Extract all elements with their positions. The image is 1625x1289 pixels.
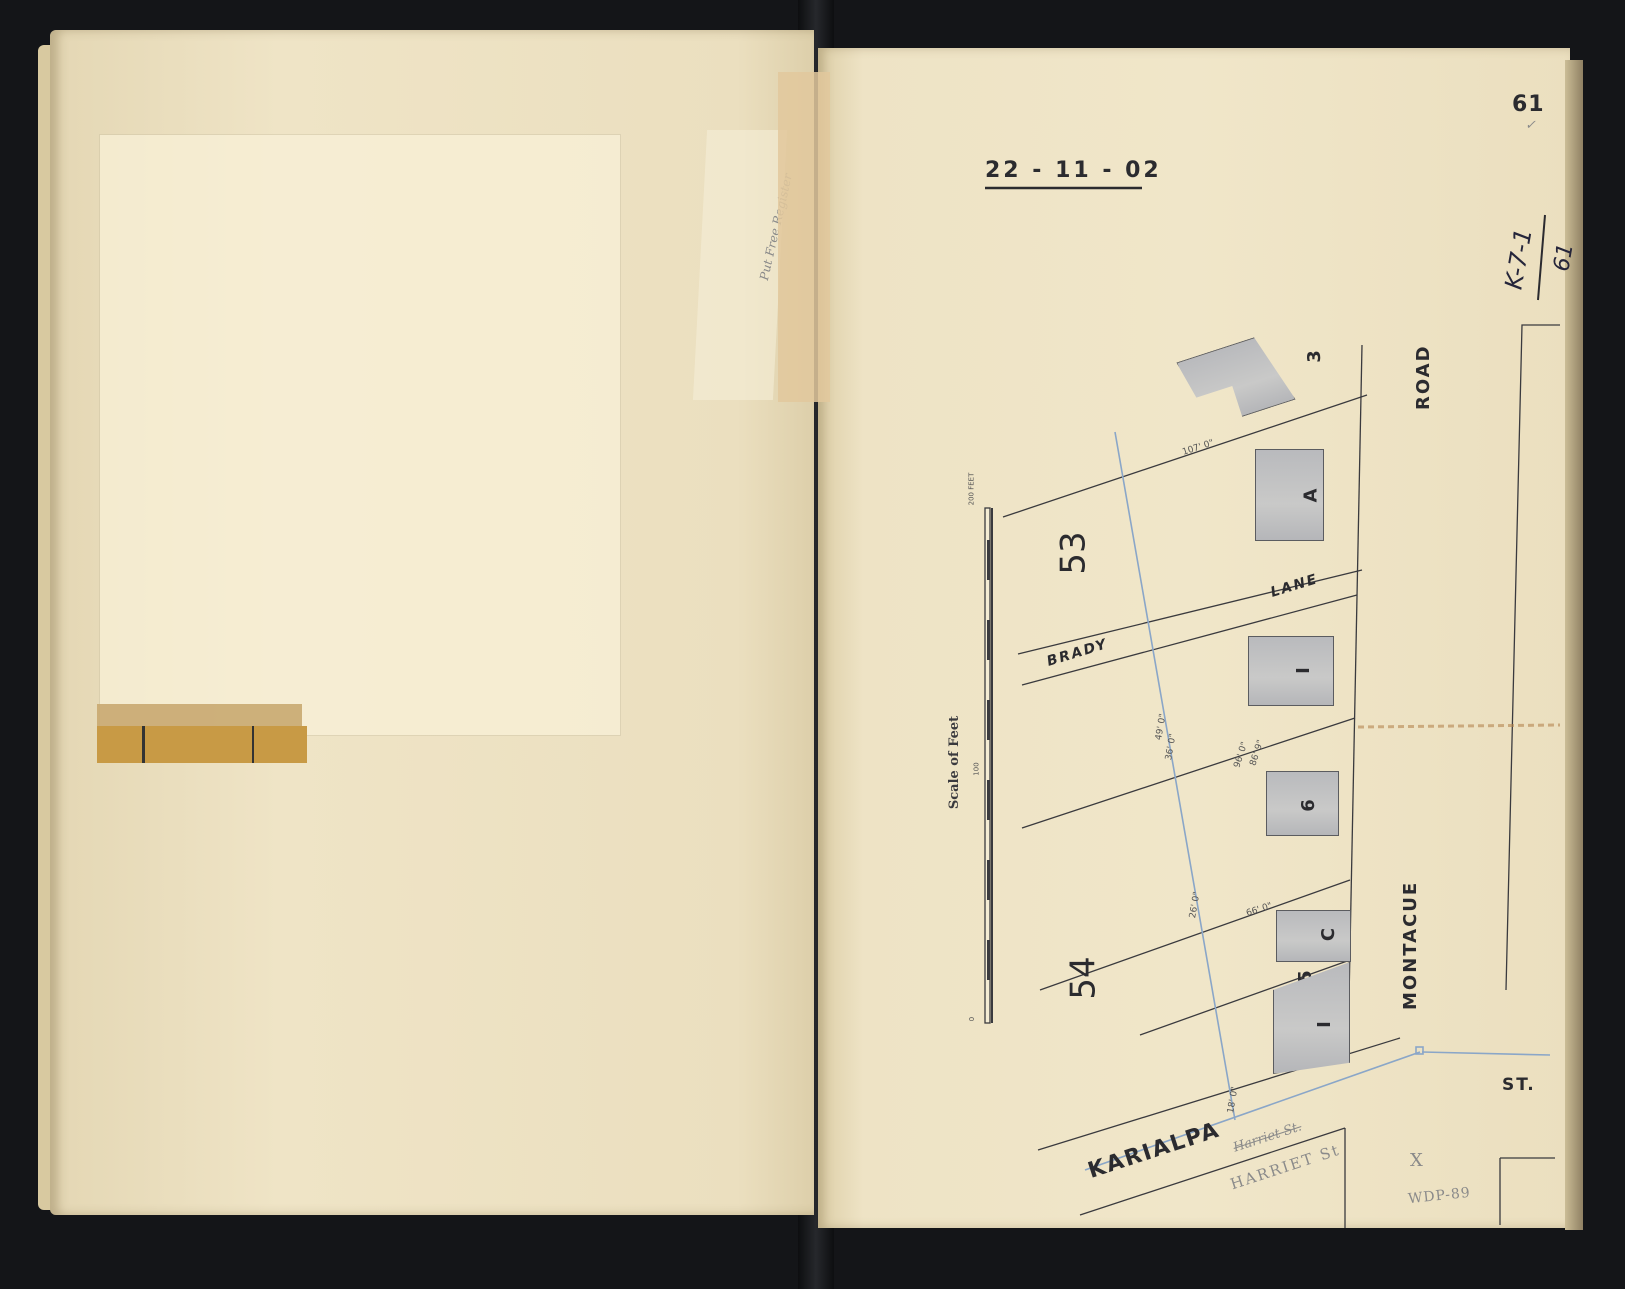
scale-bar-end-label: 200 FEET [967, 473, 975, 506]
building-A: A [1255, 449, 1324, 541]
plan-date: 22 - 11 - 02 [985, 158, 1162, 183]
survey-map-linework [0, 0, 1625, 1289]
scale-bar-title: Scale of Feet [947, 716, 962, 809]
building-label: I [1293, 665, 1314, 674]
building-C: C [1276, 910, 1351, 962]
road-text: ROAD [1413, 344, 1434, 410]
building-6: 6 [1266, 771, 1339, 836]
building-label: 6 [1298, 797, 1319, 812]
street-label-road: ROAD [1413, 344, 1434, 410]
building-label: I [1314, 1019, 1335, 1028]
scale-tick: 0 [968, 1017, 976, 1021]
building-label: A [1301, 487, 1322, 503]
street-label-st: ST. [1502, 1075, 1536, 1095]
pencil-x-mark: X [1410, 1150, 1423, 1171]
building-label: 3 [1304, 348, 1325, 363]
scale-tick: 100 [973, 762, 981, 775]
section-53: 53 [1054, 531, 1094, 574]
reference-bottom: 61 [1549, 242, 1578, 274]
building-I: I [1248, 636, 1334, 706]
building-label: C [1318, 926, 1339, 941]
montague-text: MONTACUE [1400, 881, 1421, 1010]
street-label-montague: MONTACUE [1400, 881, 1421, 1010]
page-number: 61 [1512, 92, 1545, 117]
section-54: 54 [1064, 956, 1104, 999]
page-checkmark: ✓ [1525, 118, 1536, 133]
